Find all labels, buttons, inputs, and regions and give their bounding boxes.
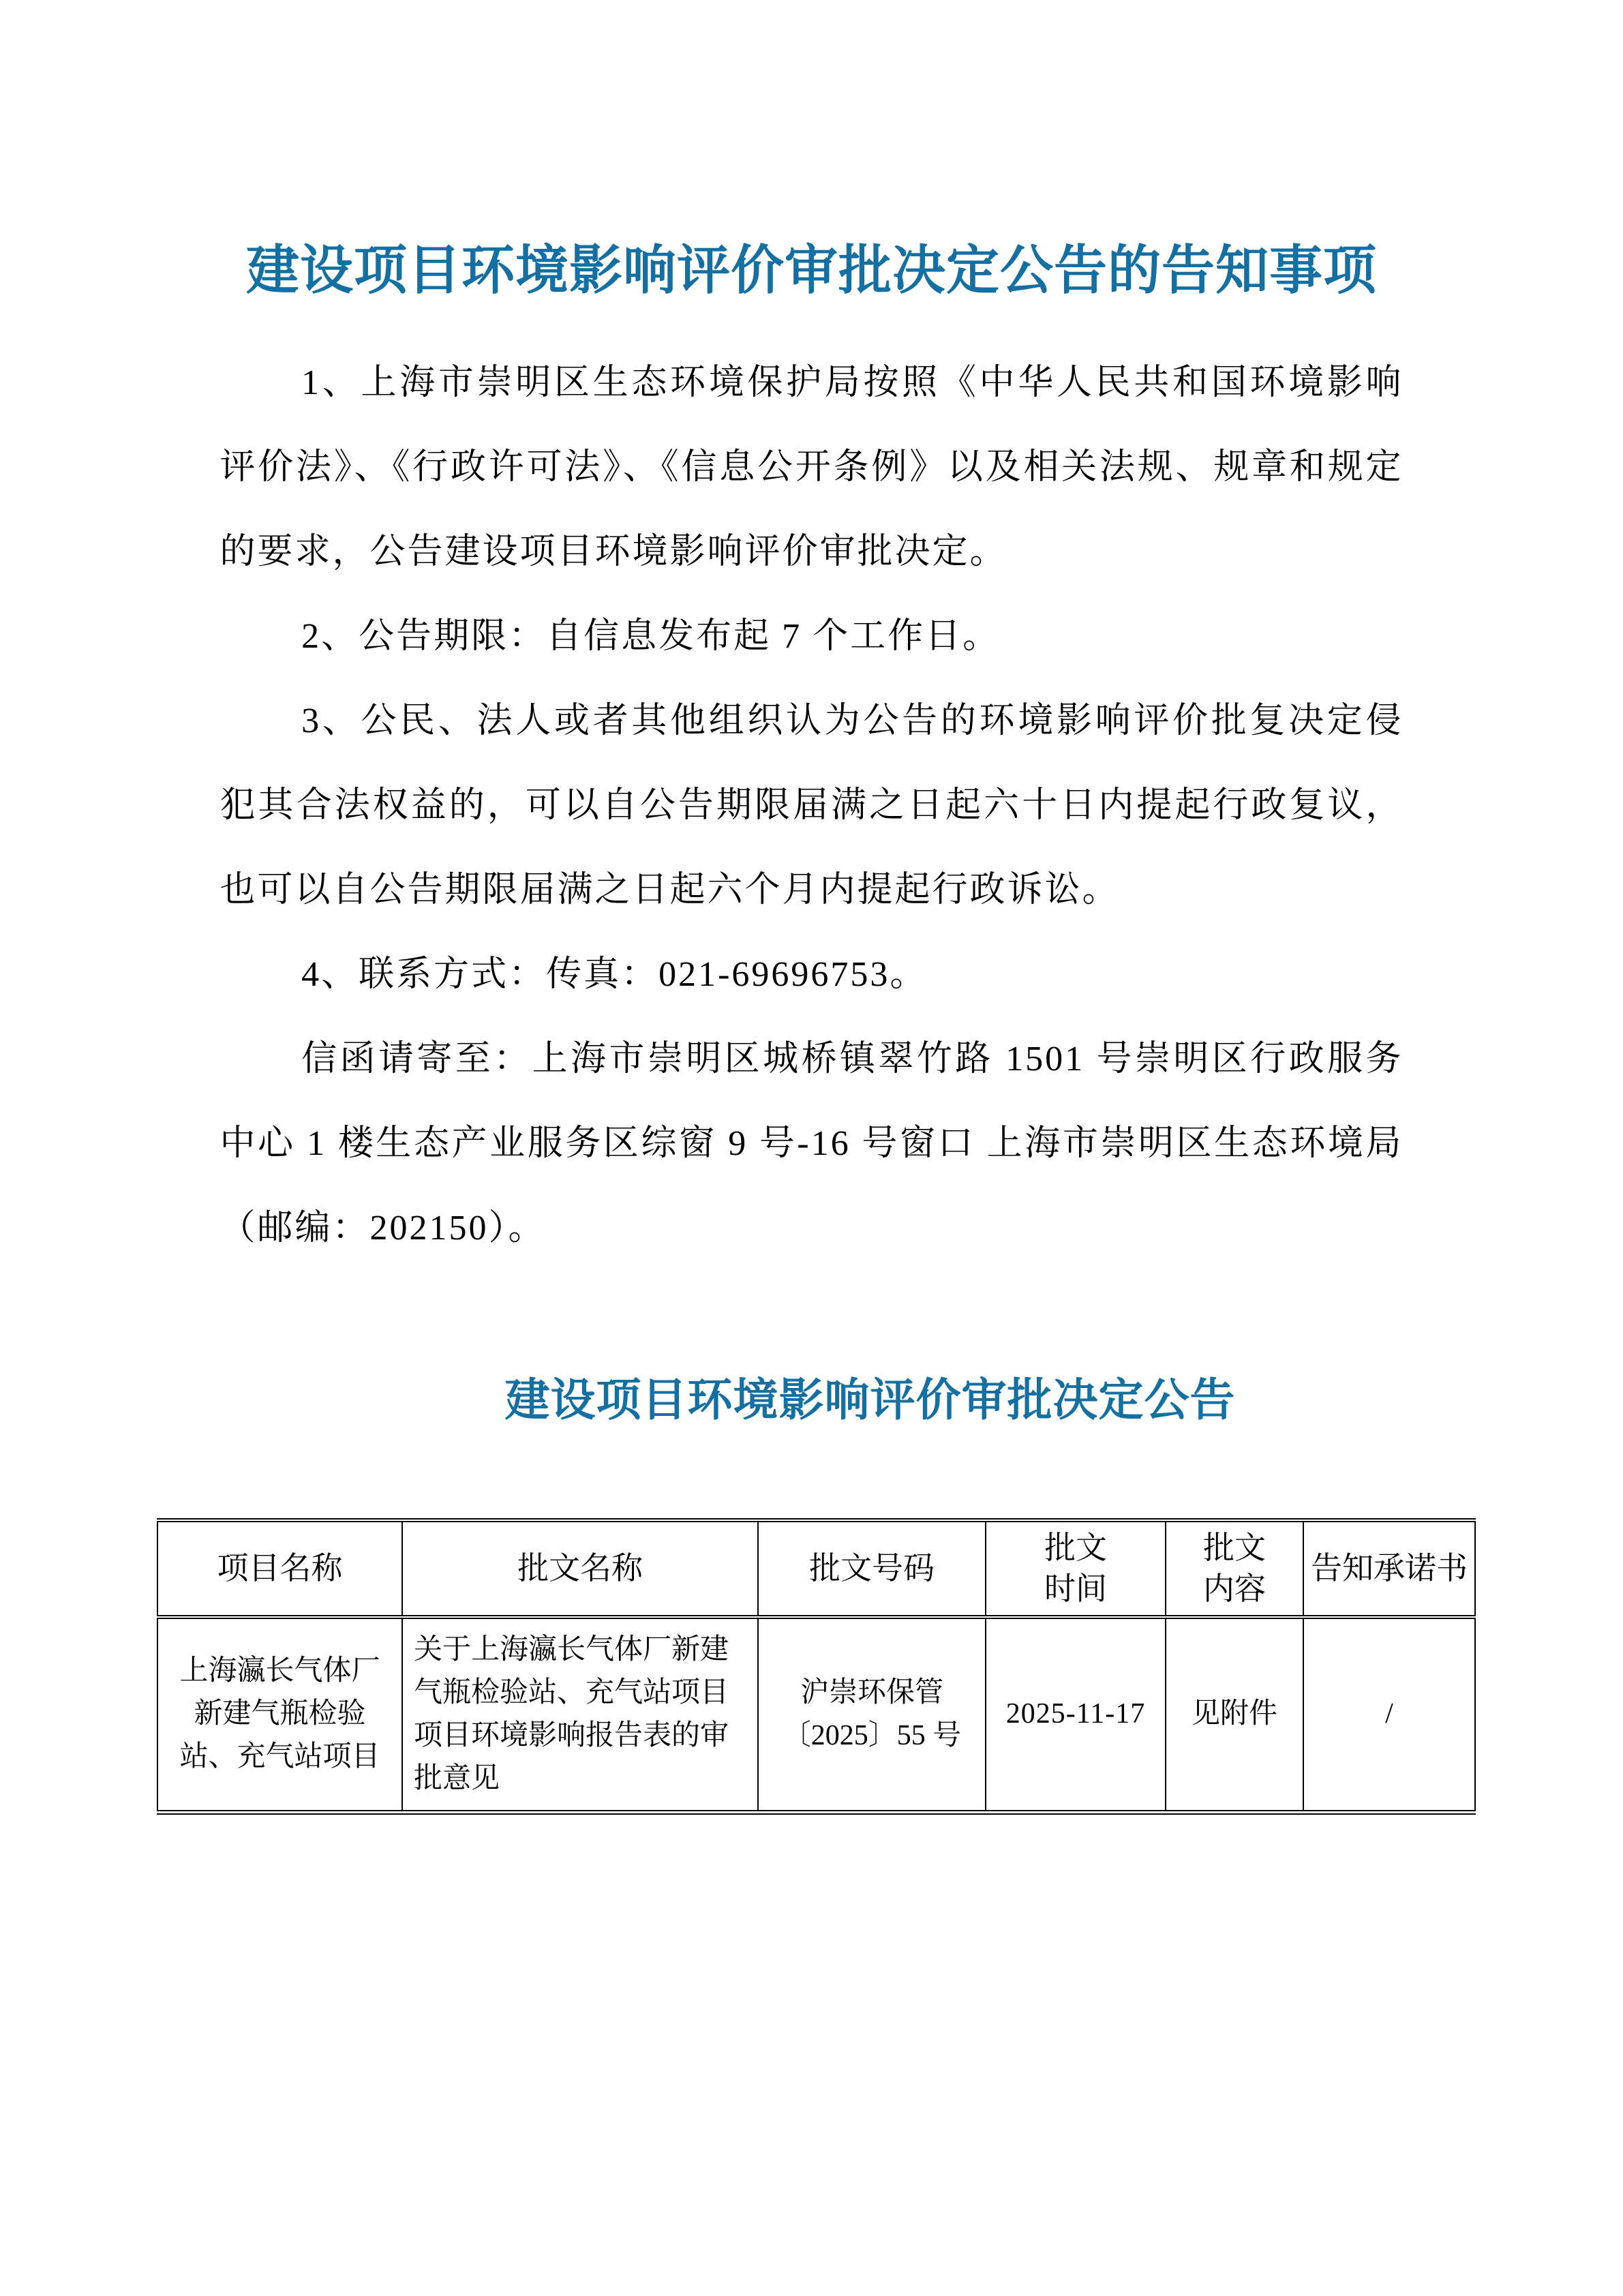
notice-paragraph-2: 2、公告期限：自信息发布起 7 个工作日。 (220, 594, 1404, 679)
column-header-approval-doc-name: 批文名称 (402, 1520, 758, 1617)
column-header-approval-doc-number: 批文号码 (758, 1520, 986, 1617)
cell-approval-content: 见附件 (1166, 1617, 1303, 1813)
column-header-approval-date: 批文 时间 (986, 1520, 1166, 1617)
notice-body: 1、上海市崇明区生态环境保护局按照《中华人民共和国环境影响评价法》、《行政许可法… (220, 341, 1404, 1271)
approval-table-body: 上海瀛长气体厂 新建气瓶检验 站、充气站项目 关于上海瀛长气体厂新建 气瓶检验站… (157, 1617, 1475, 1813)
notice-paragraph-1: 1、上海市崇明区生态环境保护局按照《中华人民共和国环境影响评价法》、《行政许可法… (220, 341, 1404, 594)
notice-paragraph-5: 信函请寄至：上海市崇明区城桥镇翠竹路 1501 号崇明区行政服务中心 1 楼生态… (220, 1017, 1404, 1271)
notice-paragraph-4: 4、联系方式：传真：021-69696753。 (220, 933, 1404, 1017)
announcement-title: 建设项目环境影响评价审批决定公告 (0, 1374, 1623, 1426)
approval-table-header: 项目名称 批文名称 批文号码 批文 时间 批文 内容 告知承诺书 (157, 1520, 1475, 1617)
document-page: 建设项目环境影响评价审批决定公告的告知事项 1、上海市崇明区生态环境保护局按照《… (0, 0, 1623, 2296)
cell-approval-date: 2025-11-17 (986, 1617, 1166, 1813)
column-header-approval-content: 批文 内容 (1166, 1520, 1303, 1617)
column-header-project-name: 项目名称 (157, 1520, 402, 1617)
column-header-notification-commitment: 告知承诺书 (1303, 1520, 1475, 1617)
approval-table: 项目名称 批文名称 批文号码 批文 时间 批文 内容 告知承诺书 上海瀛长气体厂… (157, 1518, 1476, 1815)
table-row: 上海瀛长气体厂 新建气瓶检验 站、充气站项目 关于上海瀛长气体厂新建 气瓶检验站… (157, 1617, 1475, 1813)
notice-title: 建设项目环境影响评价审批决定公告的告知事项 (0, 240, 1623, 301)
header-row: 项目名称 批文名称 批文号码 批文 时间 批文 内容 告知承诺书 (157, 1520, 1475, 1617)
cell-approval-doc-name: 关于上海瀛长气体厂新建 气瓶检验站、充气站项目 项目环境影响报告表的审 批意见 (402, 1617, 758, 1813)
cell-approval-doc-number: 沪崇环保管 〔2025〕55 号 (758, 1617, 986, 1813)
cell-project-name: 上海瀛长气体厂 新建气瓶检验 站、充气站项目 (157, 1617, 402, 1813)
cell-notification-commitment: / (1303, 1617, 1475, 1813)
notice-paragraph-3: 3、公民、法人或者其他组织认为公告的环境影响评价批复决定侵犯其合法权益的，可以自… (220, 679, 1404, 933)
